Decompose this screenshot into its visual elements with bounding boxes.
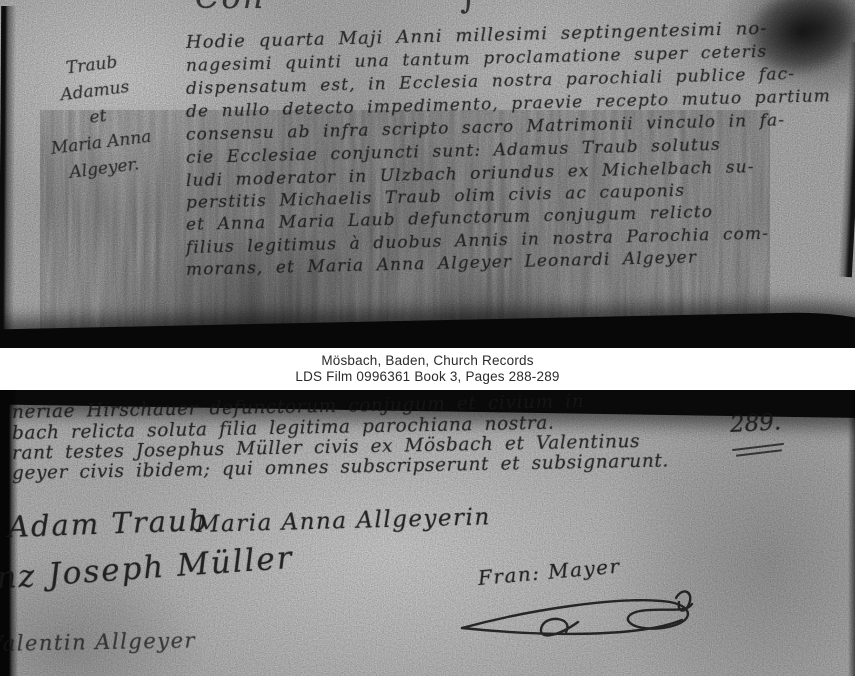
margin-annotation: Traub Adamus et Maria Anna Algeyer. <box>9 42 188 191</box>
caption-location: Mösbach, Baden, Church Records <box>0 348 855 369</box>
priest-signature-flourish <box>458 586 714 650</box>
signature-priest: Fran: Mayer <box>477 554 621 590</box>
flourish-stroke <box>462 600 692 628</box>
caption-band: Mösbach, Baden, Church Records LDS Film … <box>0 348 855 390</box>
signature-witness-allgeyer: Valentin Allgeyer <box>0 628 196 656</box>
signature-bride: Maria Anna Allgeyerin <box>196 504 491 538</box>
scan-edge-right <box>848 390 855 676</box>
page-number: 289. <box>729 409 782 438</box>
page-number-underline <box>736 449 782 457</box>
bottom-scan-image: 289. neriae Hirschauer defunctorum conju… <box>0 390 855 676</box>
cutoff-line-fragment: Con ∫ <box>195 0 479 16</box>
scan-bottom-edge-band <box>0 311 855 348</box>
caption-film-info: LDS Film 0996361 Book 3, Pages 288-289 <box>0 369 855 385</box>
scan-edge-left <box>0 6 17 348</box>
signature-groom: Adam Traub <box>7 503 209 544</box>
record-scan-page: Traub Adamus et Maria Anna Algeyer. Con … <box>0 0 855 676</box>
top-scan-image: Traub Adamus et Maria Anna Algeyer. Con … <box>0 0 855 348</box>
signature-witness-mueller: enz Joseph Müller <box>0 540 295 598</box>
